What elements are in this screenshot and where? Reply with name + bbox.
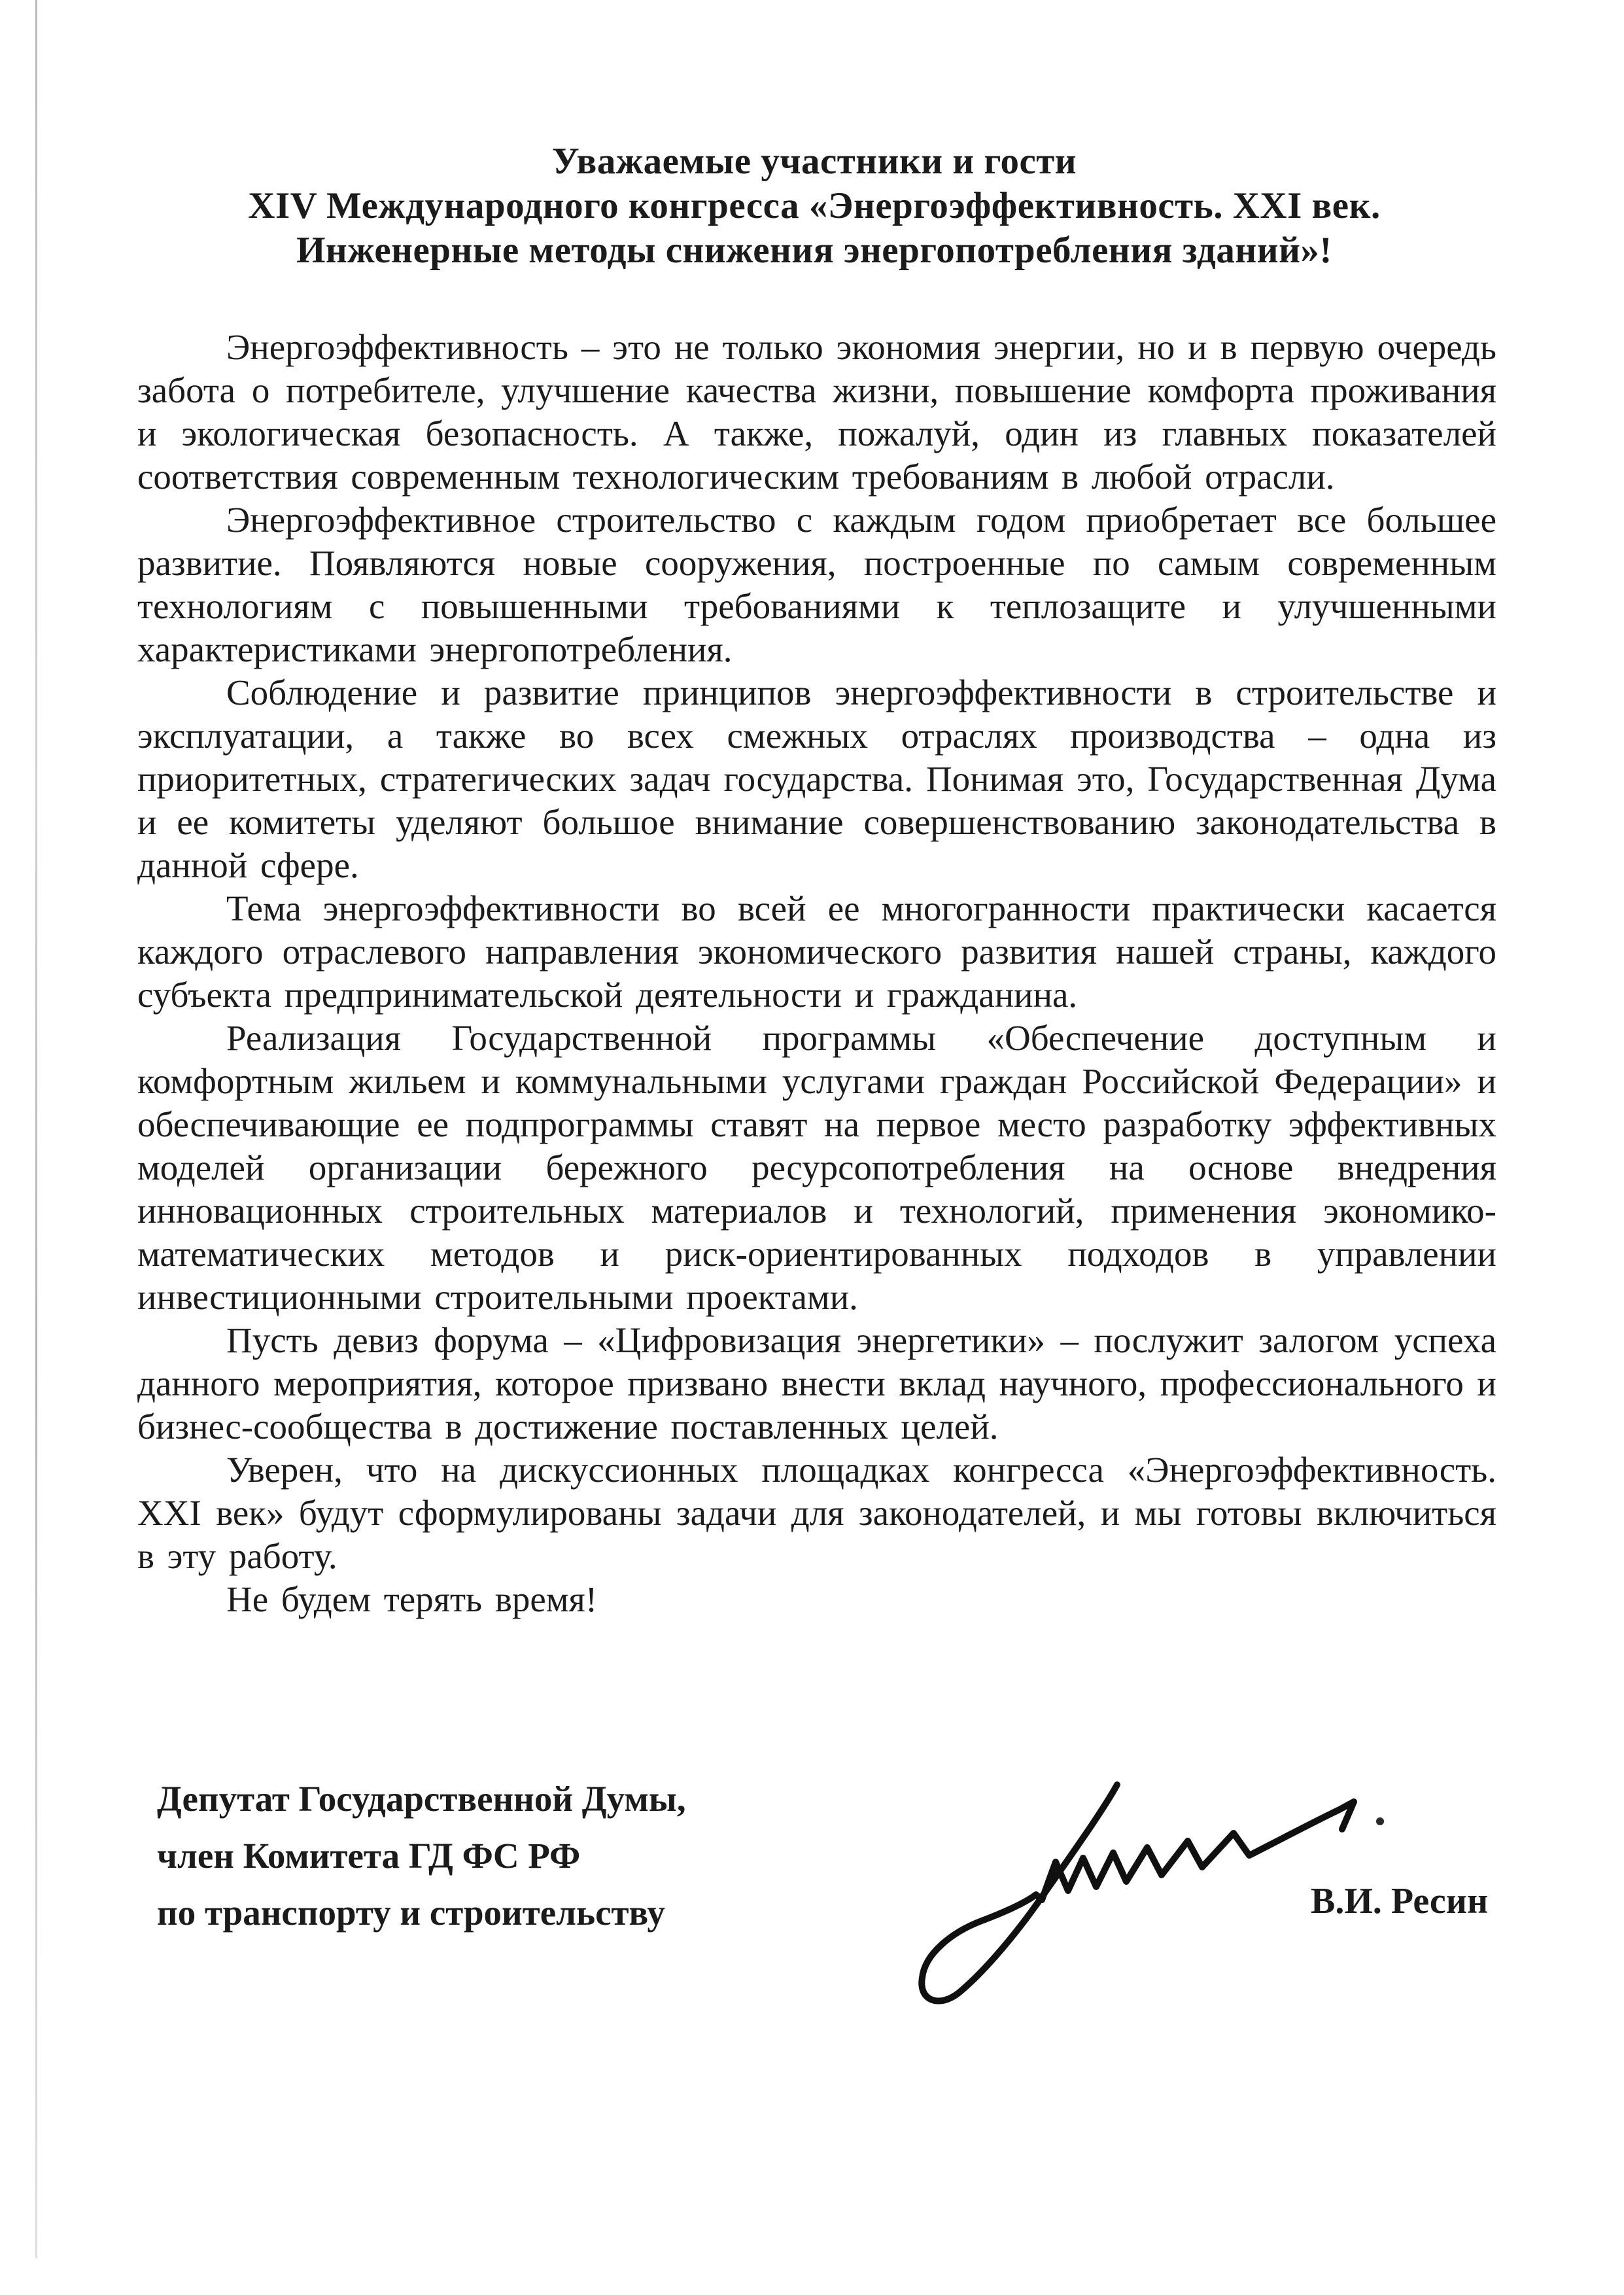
signature-dot: [1376, 1817, 1384, 1825]
signature-icon: [907, 1745, 1391, 2007]
document-page: Уважаемые участники и гости XIV Междунар…: [0, 0, 1624, 2295]
signatory-position-line: Депутат Государственной Думы,: [157, 1770, 686, 1827]
signatory-name: В.И. Ресин: [1311, 1880, 1488, 1922]
signature-block: Депутат Государственной Думы, член Комит…: [0, 0, 1624, 2295]
signatory-position: Депутат Государственной Думы, член Комит…: [157, 1770, 686, 1941]
signatory-position-line: по транспорту и строительству: [157, 1884, 686, 1941]
signatory-position-line: член Комитета ГД ФС РФ: [157, 1827, 686, 1884]
